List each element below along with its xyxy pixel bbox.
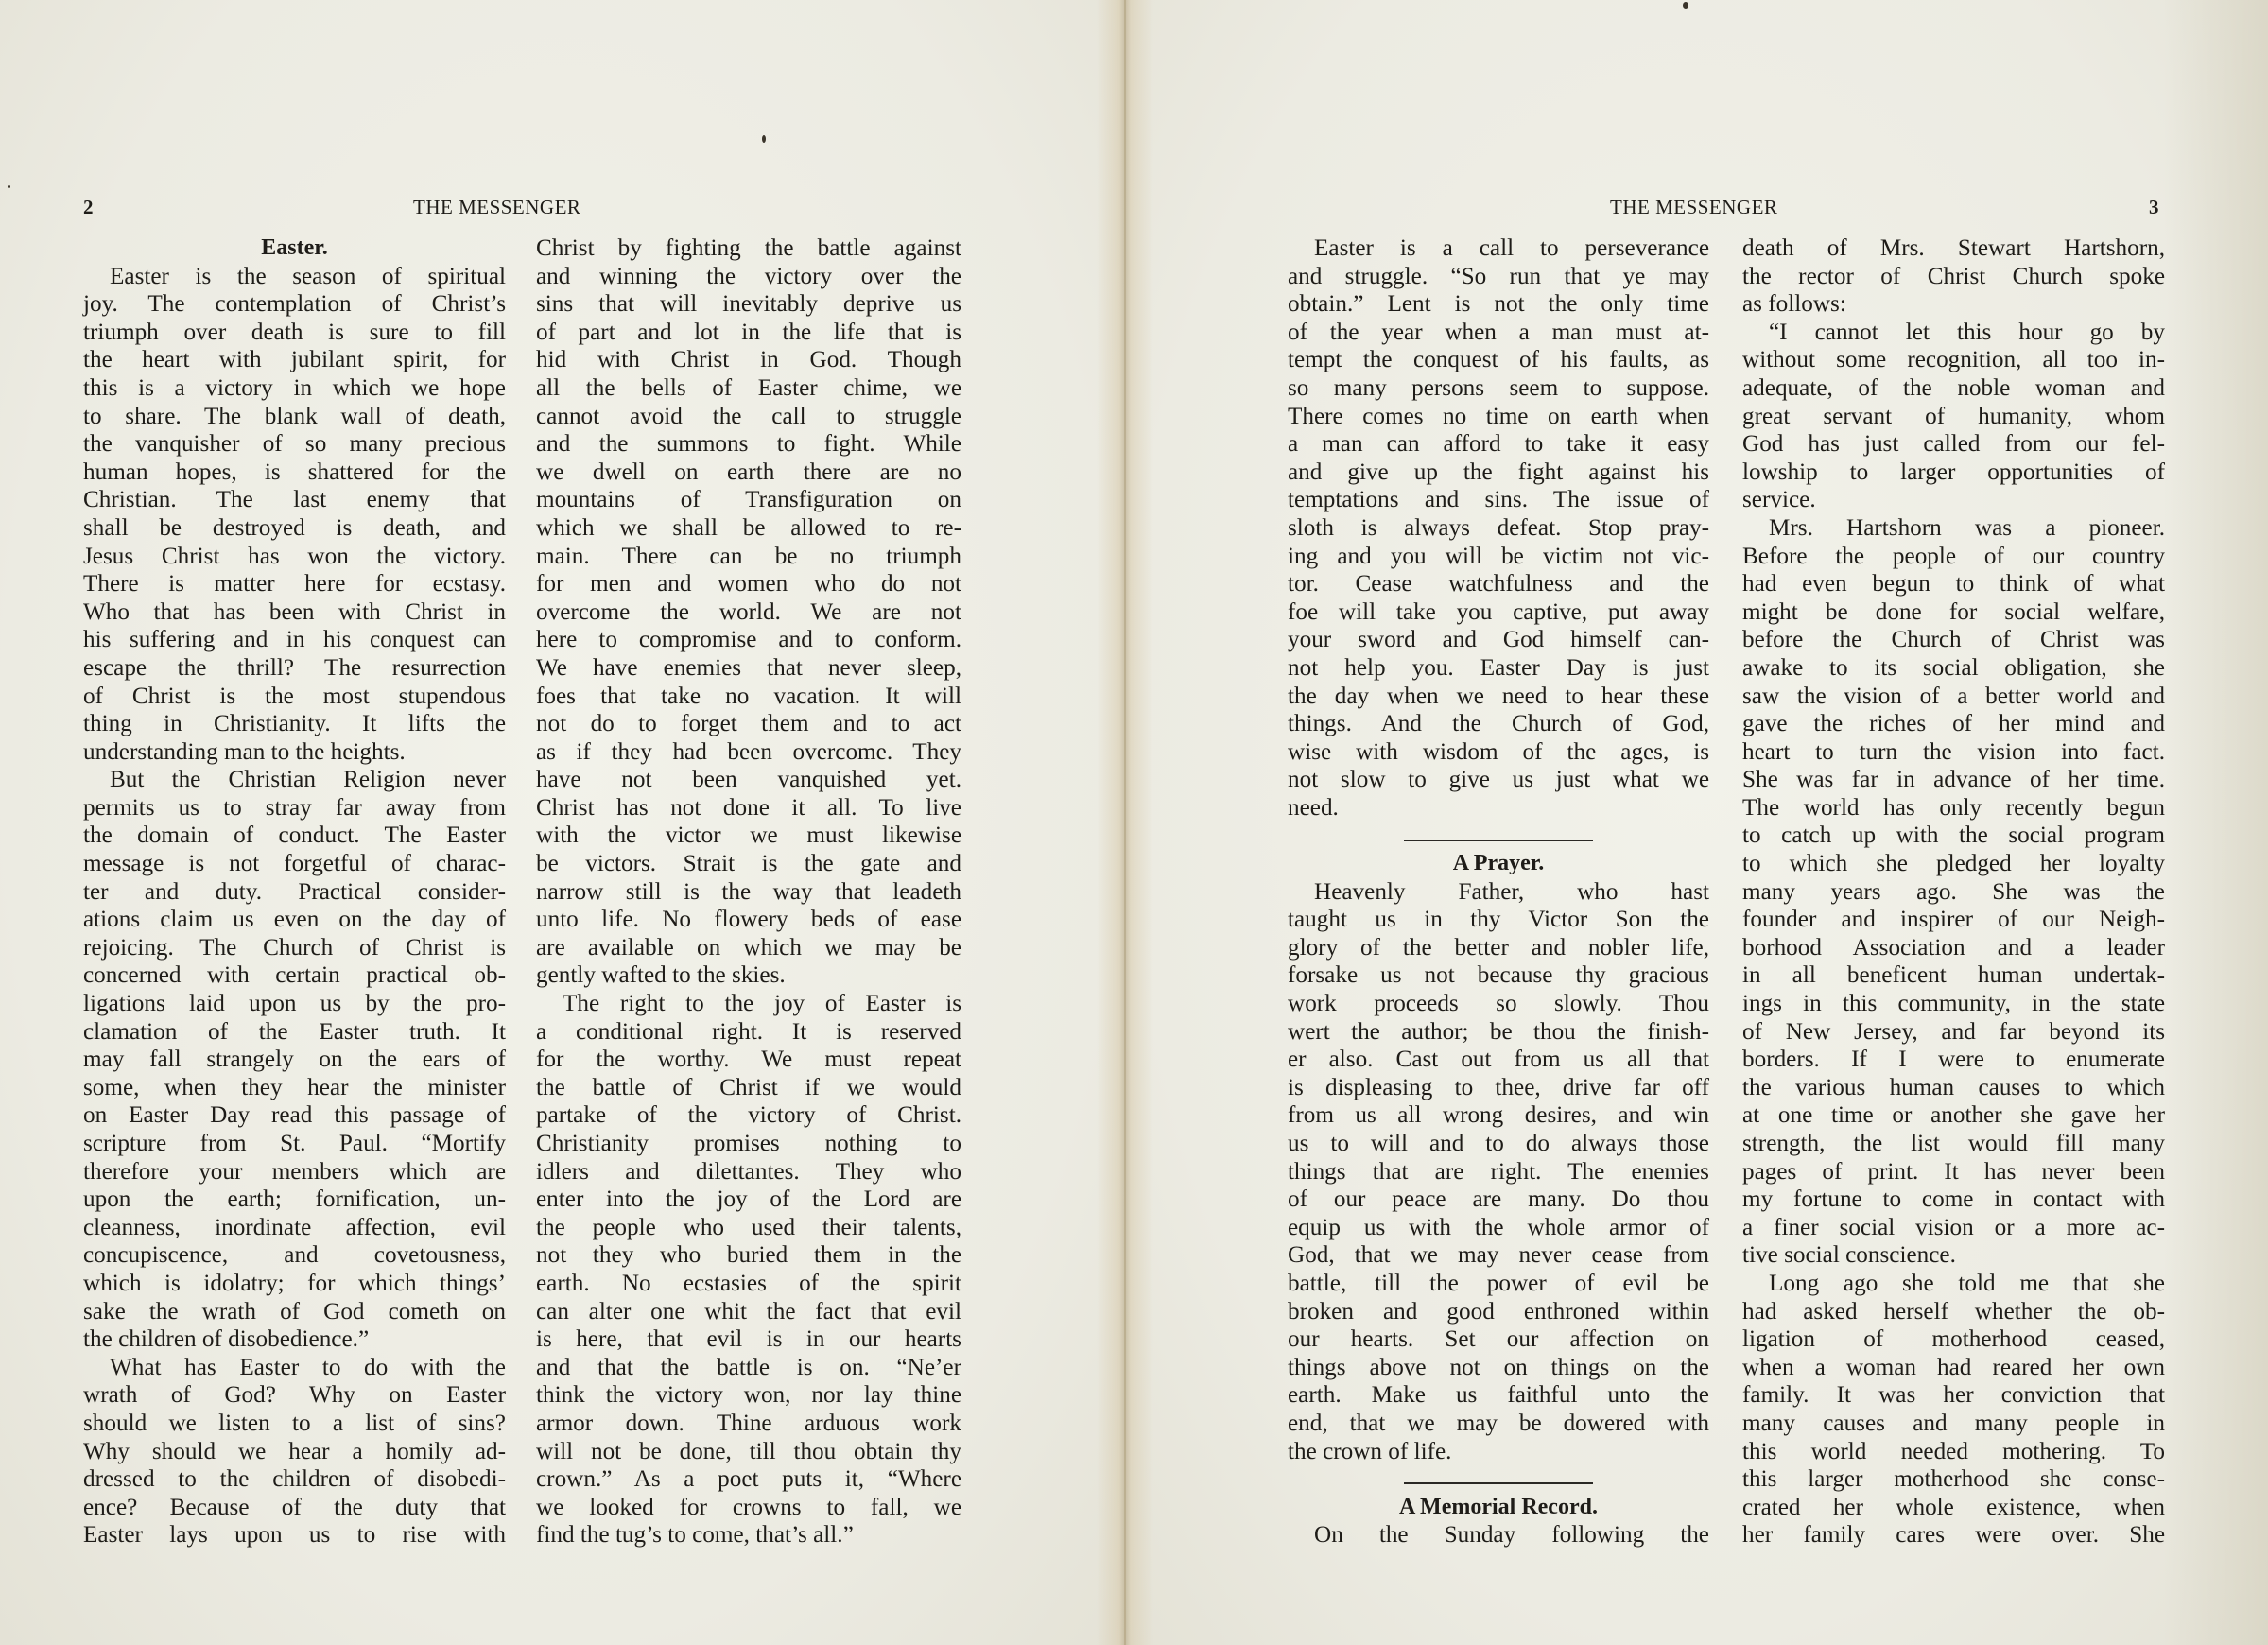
text-line: of Christ is the most stupendous <box>83 683 506 711</box>
text-line: things that are right. The enemies <box>1288 1158 1709 1186</box>
text-line: Long ago she told me that she <box>1742 1270 2165 1298</box>
text-line: concerned with certain practical ob- <box>83 961 506 990</box>
text-line: which is idolatry; for which things’ <box>83 1270 506 1298</box>
text-line: to catch up with the social program <box>1742 822 2165 850</box>
text-line: therefore your members which are <box>83 1158 506 1186</box>
paragraph: “I cannot let this hour go bywithout som… <box>1742 319 2165 514</box>
text-line: Mrs. Hartshorn was a pioneer. <box>1742 514 2165 543</box>
text-line: and the summons to fight. While <box>536 430 961 459</box>
text-line: and that the battle is on. “Ne’er <box>536 1354 961 1382</box>
running-head-right: THE MESSENGER <box>1610 196 1777 219</box>
text-line: might be done for social welfare, <box>1742 598 2165 627</box>
text-line: foes that take no vacation. It will <box>536 683 961 711</box>
text-line: can alter one whit the fact that evil <box>536 1298 961 1326</box>
text-line: broken and good enthroned within <box>1288 1298 1709 1326</box>
text-line: What has Easter to do with the <box>83 1354 506 1382</box>
text-line: permits us to stray far away from <box>83 794 506 822</box>
text-line: The world has only recently begun <box>1742 794 2165 822</box>
text-line: and struggle. “So run that ye may <box>1288 263 1709 291</box>
text-line: wise with wisdom of the ages, is <box>1288 738 1709 767</box>
text-line: in all beneficent human undertak- <box>1742 961 2165 990</box>
paragraph: death of Mrs. Stewart Hartshorn,the rect… <box>1742 234 2165 319</box>
text-line: here to compromise and to conform. <box>536 626 961 654</box>
paragraph: Easter is a call to perseveranceand stru… <box>1288 234 1709 822</box>
text-line: unto life. No flowery beds of ease <box>536 906 961 934</box>
text-line: main. There can be no triumph <box>536 543 961 571</box>
text-line: thing in Christianity. It lifts the <box>83 710 506 738</box>
text-line: had asked herself whether the ob- <box>1742 1298 2165 1326</box>
text-line: had even begun to think of what <box>1742 570 2165 598</box>
text-line: the rector of Christ Church spoke <box>1742 263 2165 291</box>
text-line: tempt the conquest of his faults, as <box>1288 346 1709 374</box>
text-line: as follows: <box>1742 290 2165 319</box>
text-line: mountains of Transfiguration on <box>536 486 961 514</box>
text-line: be victors. Strait is the gate and <box>536 850 961 878</box>
text-line: have not been vanquished yet. <box>536 766 961 794</box>
text-line: ligations laid upon us by the pro- <box>83 990 506 1018</box>
text-line: this is a victory in which we hope <box>83 374 506 403</box>
text-line: tor. Cease watchfulness and the <box>1288 570 1709 598</box>
text-line: this larger motherhood she conse- <box>1742 1465 2165 1494</box>
article-heading: Easter. <box>83 234 506 263</box>
text-line: partake of the victory of Christ. <box>536 1101 961 1130</box>
text-line: family. It was her conviction that <box>1742 1381 2165 1410</box>
text-line: to which she pledged her loyalty <box>1742 850 2165 878</box>
text-line: overcome the world. We are not <box>536 598 961 627</box>
text-line: foe will take you captive, put away <box>1288 598 1709 627</box>
text-line: earth. Make us faithful unto the <box>1288 1381 1709 1410</box>
text-line: with the victor we must likewise <box>536 822 961 850</box>
text-line: Why should we hear a homily ad- <box>83 1438 506 1466</box>
text-line: a finer social vision or a more ac- <box>1742 1214 2165 1242</box>
spine-fold <box>1124 0 1126 1645</box>
text-line: for men and women who do not <box>536 570 961 598</box>
text-line: There is matter here for ecstasy. <box>83 570 506 598</box>
section-divider <box>1288 1465 1709 1494</box>
running-head-left: THE MESSENGER <box>413 196 580 219</box>
text-line: awake to its social obligation, she <box>1742 654 2165 683</box>
text-line: triumph over death is sure to fill <box>83 319 506 347</box>
text-line: ing and you will be victim not vic- <box>1288 543 1709 571</box>
text-line: will not be done, till thou obtain thy <box>536 1438 961 1466</box>
text-line: Jesus Christ has won the victory. <box>83 543 506 571</box>
text-line: earth. No ecstasies of the spirit <box>536 1270 961 1298</box>
page-right: THE MESSENGER 3 Easter is a call to pers… <box>1125 0 2268 1645</box>
paragraph: Heavenly Father, who hasttaught us in th… <box>1288 878 1709 1465</box>
left-page-column-1: Easter.Easter is the season of spiritual… <box>83 234 506 1550</box>
text-line: for the worthy. We must repeat <box>536 1046 961 1074</box>
text-line: the battle of Christ if we would <box>536 1074 961 1102</box>
left-page-column-2: Christ by fighting the battle againstand… <box>536 234 961 1550</box>
text-line: us to will and to do always those <box>1288 1130 1709 1158</box>
text-line: wrath of God? Why on Easter <box>83 1381 506 1410</box>
text-line: your sword and God himself can- <box>1288 626 1709 654</box>
text-line: and winning the victory over the <box>536 263 961 291</box>
text-line: God, that we may never cease from <box>1288 1241 1709 1270</box>
text-line: which we shall be allowed to re- <box>536 514 961 543</box>
text-line: We have enemies that never sleep, <box>536 654 961 683</box>
text-line: a man can afford to take it easy <box>1288 430 1709 459</box>
text-line: strength, the list would fill many <box>1742 1130 2165 1158</box>
text-line: rejoicing. The Church of Christ is <box>83 934 506 962</box>
text-line: er also. Cast out from us all that <box>1288 1046 1709 1074</box>
text-line: But the Christian Religion never <box>83 766 506 794</box>
text-line: we looked for crowns to fall, we <box>536 1494 961 1522</box>
text-line: She was far in advance of her time. <box>1742 766 2165 794</box>
text-line: Before the people of our country <box>1742 543 2165 571</box>
text-line: Heavenly Father, who hast <box>1288 878 1709 907</box>
text-line: his suffering and in his conquest can <box>83 626 506 654</box>
text-line: from us all wrong desires, and win <box>1288 1101 1709 1130</box>
text-line: on Easter Day read this passage of <box>83 1101 506 1130</box>
text-line: Easter is the season of spiritual <box>83 263 506 291</box>
text-line: equip us with the whole armor of <box>1288 1214 1709 1242</box>
text-line: work proceeds so slowly. Thou <box>1288 990 1709 1018</box>
text-line: human hopes, is shattered for the <box>83 459 506 487</box>
text-line: to share. The blank wall of death, <box>83 403 506 431</box>
paper-speck <box>762 135 766 143</box>
text-line: Christianity promises nothing to <box>536 1130 961 1158</box>
text-line: taught us in thy Victor Son the <box>1288 906 1709 934</box>
text-line: end, that we may be dowered with <box>1288 1410 1709 1438</box>
text-line: God has just called from our fel- <box>1742 430 2165 459</box>
text-line: armor down. Thine arduous work <box>536 1410 961 1438</box>
text-line: death of Mrs. Stewart Hartshorn, <box>1742 234 2165 263</box>
text-line: may fall strangely on the ears of <box>83 1046 506 1074</box>
text-line: ations claim us even on the day of <box>83 906 506 934</box>
text-line: not do to forget them and to act <box>536 710 961 738</box>
text-line: the day when we need to hear these <box>1288 683 1709 711</box>
paragraph: But the Christian Religion neverpermits … <box>83 766 506 1353</box>
text-line: service. <box>1742 486 2165 514</box>
text-line: “I cannot let this hour go by <box>1742 319 2165 347</box>
text-line: the domain of conduct. The Easter <box>83 822 506 850</box>
text-line: need. <box>1288 794 1709 822</box>
text-line: crown.” As a poet puts it, “Where <box>536 1465 961 1494</box>
text-line: our hearts. Set our affection on <box>1288 1325 1709 1354</box>
right-page-column-2: death of Mrs. Stewart Hartshorn,the rect… <box>1742 234 2165 1550</box>
text-line: tive social conscience. <box>1742 1241 2165 1270</box>
text-line: as if they had been overcome. They <box>536 738 961 767</box>
page-number-left: 2 <box>83 196 94 219</box>
text-line: the various human causes to which <box>1742 1074 2165 1102</box>
text-line: sins that will inevitably deprive us <box>536 290 961 319</box>
text-line: concupiscence, and covetousness, <box>83 1241 506 1270</box>
text-line: gently wafted to the skies. <box>536 961 961 990</box>
text-line: we dwell on earth there are no <box>536 459 961 487</box>
text-line: message is not forgetful of charac- <box>83 850 506 878</box>
text-line: Christ by fighting the battle against <box>536 234 961 263</box>
text-line: great servant of humanity, whom <box>1742 403 2165 431</box>
paragraph: Long ago she told me that shehad asked h… <box>1742 1270 2165 1550</box>
text-line: borders. If I were to enumerate <box>1742 1046 2165 1074</box>
text-line: enter into the joy of the Lord are <box>536 1186 961 1214</box>
paragraph: The right to the joy of Easter isa condi… <box>536 990 961 1550</box>
text-line: pages of print. It has never been <box>1742 1158 2165 1186</box>
text-line: sloth is always defeat. Stop pray- <box>1288 514 1709 543</box>
text-line: crated her whole existence, when <box>1742 1494 2165 1522</box>
paragraph: Mrs. Hartshorn was a pioneer.Before the … <box>1742 514 2165 1270</box>
text-line: forsake us not because thy gracious <box>1288 961 1709 990</box>
text-line: the crown of life. <box>1288 1438 1709 1466</box>
article-heading: A Prayer. <box>1288 850 1709 878</box>
text-line: ings in this community, in the state <box>1742 990 2165 1018</box>
text-line: not slow to give us just what we <box>1288 766 1709 794</box>
text-line: some, when they hear the minister <box>83 1074 506 1102</box>
text-line: sake the wrath of God cometh on <box>83 1298 506 1326</box>
text-line: and give up the fight against his <box>1288 459 1709 487</box>
text-line: lowship to larger opportunities of <box>1742 459 2165 487</box>
text-line: many causes and many people in <box>1742 1410 2165 1438</box>
page-left: 2 THE MESSENGER Easter.Easter is the sea… <box>0 0 1125 1645</box>
text-line: are available on which we may be <box>536 934 961 962</box>
paper-speck <box>1683 2 1688 9</box>
text-line: this world needed mothering. To <box>1742 1438 2165 1466</box>
text-line: adequate, of the noble woman and <box>1742 374 2165 403</box>
page-number-right: 3 <box>2149 196 2159 219</box>
text-line: obtain.” Lent is not the only time <box>1288 290 1709 319</box>
text-line: borhood Association and a leader <box>1742 934 2165 962</box>
text-line: all the bells of Easter chime, we <box>536 374 961 403</box>
text-line: hid with Christ in God. Though <box>536 346 961 374</box>
text-line: is displeasing to thee, drive far off <box>1288 1074 1709 1102</box>
text-line: not they who buried them in the <box>536 1241 961 1270</box>
section-divider <box>1288 822 1709 850</box>
text-line: upon the earth; fornification, un- <box>83 1186 506 1214</box>
text-line: shall be destroyed is death, and <box>83 514 506 543</box>
text-line: a conditional right. It is reserved <box>536 1018 961 1047</box>
text-line: without some recognition, all too in- <box>1742 346 2165 374</box>
article-heading: A Memorial Record. <box>1288 1494 1709 1522</box>
text-line: of part and lot in the life that is <box>536 319 961 347</box>
paper-speck <box>8 185 10 188</box>
text-line: at one time or another she gave her <box>1742 1101 2165 1130</box>
text-line: her family cares were over. She <box>1742 1521 2165 1550</box>
text-line: is here, that evil is in our hearts <box>536 1325 961 1354</box>
text-line: temptations and sins. The issue of <box>1288 486 1709 514</box>
right-page-column-1: Easter is a call to perseveranceand stru… <box>1288 234 1709 1550</box>
text-line: ence? Because of the duty that <box>83 1494 506 1522</box>
text-line: dressed to the children of disobedi- <box>83 1465 506 1494</box>
text-line: narrow still is the way that leadeth <box>536 878 961 907</box>
text-line: Easter is a call to perseverance <box>1288 234 1709 263</box>
text-line: The right to the joy of Easter is <box>536 990 961 1018</box>
text-line: ligation of motherhood ceased, <box>1742 1325 2165 1354</box>
text-line: not help you. Easter Day is just <box>1288 654 1709 683</box>
paragraph: Easter is the season of spiritualjoy. Th… <box>83 263 506 767</box>
text-line: when a woman had reared her own <box>1742 1354 2165 1382</box>
text-line: scripture from St. Paul. “Mortify <box>83 1130 506 1158</box>
text-line: things. And the Church of God, <box>1288 710 1709 738</box>
text-line: many years ago. She was the <box>1742 878 2165 907</box>
text-line: clamation of the Easter truth. It <box>83 1018 506 1047</box>
text-line: joy. The contemplation of Christ’s <box>83 290 506 319</box>
text-line: of the year when a man must at- <box>1288 319 1709 347</box>
text-line: Easter lays upon us to rise with <box>83 1521 506 1550</box>
text-line: should we listen to a list of sins? <box>83 1410 506 1438</box>
booklet-spread: 2 THE MESSENGER Easter.Easter is the sea… <box>0 0 2268 1645</box>
text-line: my fortune to come in contact with <box>1742 1186 2165 1214</box>
text-line: cleanness, inordinate affection, evil <box>83 1214 506 1242</box>
text-line: cannot avoid the call to struggle <box>536 403 961 431</box>
text-line: Who that has been with Christ in <box>83 598 506 627</box>
text-line: of New Jersey, and far beyond its <box>1742 1018 2165 1047</box>
paragraph: What has Easter to do with thewrath of G… <box>83 1354 506 1550</box>
paragraph: Christ by fighting the battle againstand… <box>536 234 961 990</box>
text-line: think the victory won, nor lay thine <box>536 1381 961 1410</box>
text-line: of our peace are many. Do thou <box>1288 1186 1709 1214</box>
paragraph: On the Sunday following the <box>1288 1521 1709 1550</box>
text-line: the heart with jubilant spirit, for <box>83 346 506 374</box>
text-line: wert the author; be thou the finish- <box>1288 1018 1709 1047</box>
text-line: find the tug’s to come, that’s all.” <box>536 1521 961 1550</box>
text-line: There comes no time on earth when <box>1288 403 1709 431</box>
text-line: glory of the better and nobler life, <box>1288 934 1709 962</box>
text-line: understanding man to the heights. <box>83 738 506 767</box>
text-line: saw the vision of a better world and <box>1742 683 2165 711</box>
text-line: idlers and dilettantes. They who <box>536 1158 961 1186</box>
text-line: the people who used their talents, <box>536 1214 961 1242</box>
text-line: escape the thrill? The resurrection <box>83 654 506 683</box>
text-line: things above not on things on the <box>1288 1354 1709 1382</box>
text-line: gave the riches of her mind and <box>1742 710 2165 738</box>
text-line: heart to turn the vision into fact. <box>1742 738 2165 767</box>
text-line: Christ has not done it all. To live <box>536 794 961 822</box>
text-line: founder and inspirer of our Neigh- <box>1742 906 2165 934</box>
text-line: the vanquisher of so many precious <box>83 430 506 459</box>
text-line: On the Sunday following the <box>1288 1521 1709 1550</box>
text-line: battle, till the power of evil be <box>1288 1270 1709 1298</box>
text-line: ter and duty. Practical consider- <box>83 878 506 907</box>
text-line: the children of disobedience.” <box>83 1325 506 1354</box>
text-line: so many persons seem to suppose. <box>1288 374 1709 403</box>
text-line: before the Church of Christ was <box>1742 626 2165 654</box>
text-line: Christian. The last enemy that <box>83 486 506 514</box>
